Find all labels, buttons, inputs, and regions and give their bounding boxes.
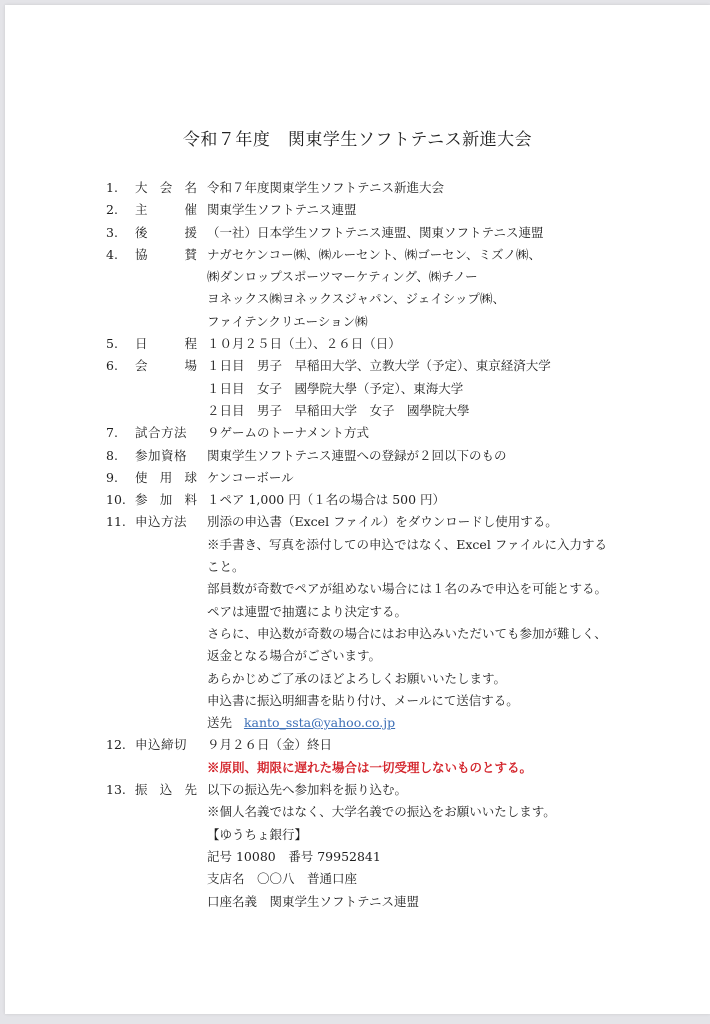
item-number: 1. [106, 177, 118, 199]
item-number: 4. [106, 244, 118, 266]
item-label: 申込締切 [135, 734, 197, 756]
email-link[interactable]: kanto_ssta@yahoo.co.jp [244, 715, 395, 730]
item-number: 11. [106, 511, 126, 533]
item-value: 以下の振込先へ参加料を振り込む。 [207, 779, 407, 801]
item-value: ナガセケンコー㈱、㈱ルーセント、㈱ゴーセン、ミズノ㈱、 [207, 244, 541, 266]
deadline-warning: ※原則、期限に遅れた場合は一切受理しないものとする。 [207, 757, 532, 779]
item-value: 送先 kanto_ssta@yahoo.co.jp [207, 712, 395, 734]
item-application-cont: さらに、申込数が奇数の場合にはお申込みいただいても参加が難しく、 [5, 623, 710, 645]
item-application-cont: 返金となる場合がございます。 [5, 645, 710, 667]
item-bank-cont: ※個人名義ではなく、大学名義での振込をお願いいたします。 [5, 801, 710, 823]
item-application-cont: 申込書に振込明細書を貼り付け、メールにて送信する。 [5, 690, 710, 712]
item-value: １０月２５日（土）、２６日（日） [207, 333, 401, 355]
item-sponsors-cont: ファイテンクリエーション㈱ [5, 311, 710, 333]
item-value: １ペア 1,000 円（１名の場合は 500 円） [207, 489, 445, 511]
item-label: 大会名 [135, 177, 197, 199]
item-number: 12. [106, 734, 126, 756]
item-bank-cont: 記号 10080 番号 79952841 [5, 846, 710, 868]
item-bank-cont: 支店名 〇〇八 普通口座 [5, 868, 710, 890]
item-number: 2. [106, 199, 118, 221]
item-value: 部員数が奇数でペアが組めない場合には１名のみで申込を可能とする。 [207, 578, 607, 600]
item-number: 5. [106, 333, 118, 355]
item-number: 6. [106, 355, 118, 377]
item-label: 参加資格 [135, 445, 197, 467]
item-value: ２日目 男子 早稲田大学 女子 國學院大學 [207, 400, 470, 422]
item-schedule: 5. 日程 １０月２５日（土）、２６日（日） [5, 333, 710, 355]
item-application-cont: ペアは連盟で抽選により決定する。 [5, 601, 710, 623]
item-sponsors-cont: ㈱ダンロップスポーツマーケティング、㈱チノー [5, 266, 710, 288]
document-page: 令和７年度 関東学生ソフトテニス新進大会 1. 大会名 令和７年度関東学生ソフト… [5, 5, 710, 1014]
item-value: ヨネックス㈱ヨネックスジャパン、ジェイシップ㈱、 [207, 288, 505, 310]
item-label: 会場 [135, 355, 197, 377]
item-label: 主催 [135, 199, 197, 221]
item-value: ㈱ダンロップスポーツマーケティング、㈱チノー [207, 266, 478, 288]
item-number: 13. [106, 779, 126, 801]
item-organizer: 2. 主催 関東学生ソフトテニス連盟 [5, 199, 710, 221]
item-number: 10. [106, 489, 126, 511]
item-value: 申込書に振込明細書を貼り付け、メールにて送信する。 [207, 690, 519, 712]
item-email-row: 送先 kanto_ssta@yahoo.co.jp [5, 712, 710, 734]
item-ball: 9. 使用球 ケンコーボール [5, 467, 710, 489]
account-holder: 口座名義 関東学生ソフトテニス連盟 [207, 891, 419, 913]
account-number: 記号 10080 番号 79952841 [207, 846, 381, 868]
item-number: 9. [106, 467, 118, 489]
item-fee: 10. 参加料 １ペア 1,000 円（１名の場合は 500 円） [5, 489, 710, 511]
item-label: 後援 [135, 222, 197, 244]
item-value: ※手書き、写真を添付しての申込ではなく、Excel ファイルに入力する [207, 534, 607, 556]
item-value: １日目 女子 國學院大學（予定）、東海大学 [207, 378, 463, 400]
item-bank-cont: 【ゆうちょ銀行】 [5, 824, 710, 846]
item-value: １日目 男子 早稲田大学、立教大学（予定）、東京経済大学 [207, 355, 551, 377]
item-label: 日程 [135, 333, 197, 355]
item-value: こと。 [207, 556, 245, 578]
item-eligibility: 8. 参加資格 関東学生ソフトテニス連盟への登録が２回以下のもの [5, 445, 710, 467]
item-number: 8. [106, 445, 118, 467]
item-value: ９月２６日（金）終日 [207, 734, 332, 756]
item-deadline-warning: ※原則、期限に遅れた場合は一切受理しないものとする。 [5, 757, 710, 779]
item-match-format: 7. 試合方法 ９ゲームのトーナメント方式 [5, 422, 710, 444]
item-label: 試合方法 [135, 422, 197, 444]
item-label: 申込方法 [135, 511, 197, 533]
item-bank-cont: 口座名義 関東学生ソフトテニス連盟 [5, 891, 710, 913]
item-value: 令和７年度関東学生ソフトテニス新進大会 [207, 177, 444, 199]
item-support: 3. 後援 （一社）日本学生ソフトテニス連盟、関東ソフトテニス連盟 [5, 222, 710, 244]
document-title: 令和７年度 関東学生ソフトテニス新進大会 [5, 128, 710, 152]
item-value: ※個人名義ではなく、大学名義での振込をお願いいたします。 [207, 801, 556, 823]
item-value: （一社）日本学生ソフトテニス連盟、関東ソフトテニス連盟 [207, 222, 544, 244]
item-sponsors-cont: ヨネックス㈱ヨネックスジャパン、ジェイシップ㈱、 [5, 288, 710, 310]
item-value: 別添の申込書（Excel ファイル）をダウンロードし使用する。 [207, 511, 558, 533]
item-application-cont: あらかじめご了承のほどよろしくお願いいたします。 [5, 668, 710, 690]
item-tournament-name: 1. 大会名 令和７年度関東学生ソフトテニス新進大会 [5, 177, 710, 199]
item-application-cont: 部員数が奇数でペアが組めない場合には１名のみで申込を可能とする。 [5, 578, 710, 600]
item-label: 使用球 [135, 467, 197, 489]
item-label: 振込先 [135, 779, 197, 801]
item-bank-transfer: 13. 振込先 以下の振込先へ参加料を振り込む。 [5, 779, 710, 801]
item-value: さらに、申込数が奇数の場合にはお申込みいただいても参加が難しく、 [207, 623, 607, 645]
branch-name: 支店名 〇〇八 普通口座 [207, 868, 357, 890]
item-list: 1. 大会名 令和７年度関東学生ソフトテニス新進大会 2. 主催 関東学生ソフト… [5, 177, 710, 913]
item-value: ファイテンクリエーション㈱ [207, 311, 368, 333]
item-value: ペアは連盟で抽選により決定する。 [207, 601, 407, 623]
item-value: 関東学生ソフトテニス連盟 [207, 199, 357, 221]
item-venue-cont: ２日目 男子 早稲田大学 女子 國學院大學 [5, 400, 710, 422]
email-label: 送先 [207, 715, 232, 730]
item-venue: 6. 会場 １日目 男子 早稲田大学、立教大学（予定）、東京経済大学 [5, 355, 710, 377]
item-deadline: 12. 申込締切 ９月２６日（金）終日 [5, 734, 710, 756]
item-sponsors: 4. 協賛 ナガセケンコー㈱、㈱ルーセント、㈱ゴーセン、ミズノ㈱、 [5, 244, 710, 266]
item-application-method: 11. 申込方法 別添の申込書（Excel ファイル）をダウンロードし使用する。 [5, 511, 710, 533]
item-value: あらかじめご了承のほどよろしくお願いいたします。 [207, 668, 506, 690]
item-number: 3. [106, 222, 118, 244]
item-application-cont: ※手書き、写真を添付しての申込ではなく、Excel ファイルに入力する [5, 534, 710, 556]
item-value: ケンコーボール [207, 467, 294, 489]
item-label: 協賛 [135, 244, 197, 266]
item-value: ９ゲームのトーナメント方式 [207, 422, 369, 444]
item-number: 7. [106, 422, 118, 444]
item-label: 参加料 [135, 489, 197, 511]
item-value: 返金となる場合がございます。 [207, 645, 381, 667]
item-value: 関東学生ソフトテニス連盟への登録が２回以下のもの [207, 445, 507, 467]
item-venue-cont: １日目 女子 國學院大學（予定）、東海大学 [5, 378, 710, 400]
item-application-cont: こと。 [5, 556, 710, 578]
bank-name: 【ゆうちょ銀行】 [207, 824, 307, 846]
